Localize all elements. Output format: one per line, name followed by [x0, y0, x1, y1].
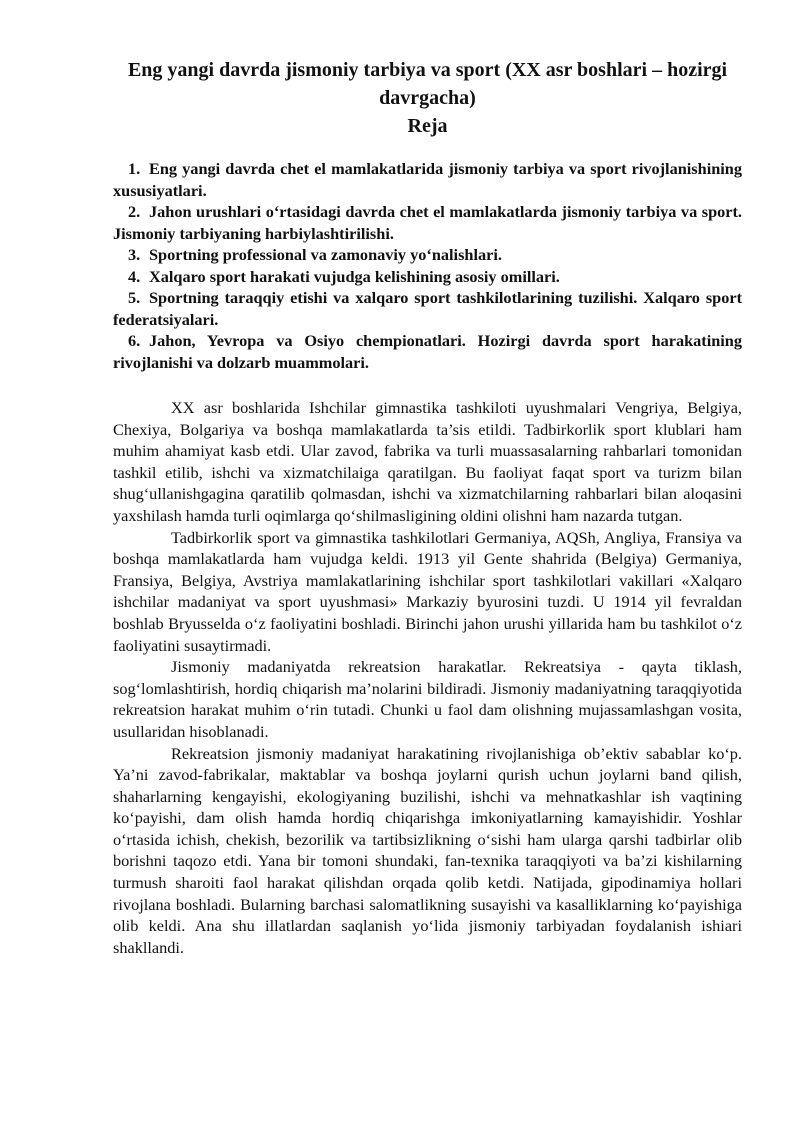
plan-item-number: 3.	[128, 244, 149, 266]
paragraph: Rekreatsion jismoniy madaniyat harakatin…	[113, 743, 742, 959]
plan-item-text: Xalqaro sport harakati vujudga kelishini…	[149, 267, 560, 286]
plan-item: 4.Xalqaro sport harakati vujudga kelishi…	[113, 266, 742, 288]
plan-item: 3.Sportning professional va zamonaviy yo…	[113, 244, 742, 266]
plan-item-number: 6.	[128, 330, 149, 352]
plan-item-text: Eng yangi davrda chet el mamlakatlarida …	[113, 159, 742, 200]
plan-item-number: 5.	[128, 287, 149, 309]
plan-item-number: 2.	[128, 201, 149, 223]
plan-item-text: Sportning taraqqiy etishi va xalqaro spo…	[113, 288, 742, 329]
paragraph: Jismoniy madaniyatda rekreatsion harakat…	[113, 656, 742, 742]
plan-item: 1.Eng yangi davrda chet el mamlakatlarid…	[113, 158, 742, 201]
plan-item-number: 4.	[128, 266, 149, 288]
body-text: XX asr boshlarida Ishchilar gimnastika t…	[113, 397, 742, 958]
plan-list: 1.Eng yangi davrda chet el mamlakatlarid…	[113, 158, 742, 373]
plan-item: 2.Jahon urushlari o‘rtasidagi davrda che…	[113, 201, 742, 244]
plan-heading: Reja	[113, 112, 742, 140]
document-title: Eng yangi davrda jismoniy tarbiya va spo…	[113, 56, 742, 112]
plan-item-text: Jahon urushlari o‘rtasidagi davrda chet …	[113, 202, 742, 243]
plan-item: 6.Jahon, Yevropa va Osiyo chempionatlari…	[113, 330, 742, 373]
paragraph: Tadbirkorlik sport va gimnastika tashkil…	[113, 527, 742, 657]
plan-item: 5.Sportning taraqqiy etishi va xalqaro s…	[113, 287, 742, 330]
plan-item-text: Sportning professional va zamonaviy yo‘n…	[149, 245, 502, 264]
paragraph: XX asr boshlarida Ishchilar gimnastika t…	[113, 397, 742, 527]
document-page: Eng yangi davrda jismoniy tarbiya va spo…	[113, 56, 742, 958]
plan-item-text: Jahon, Yevropa va Osiyo chempionatlari. …	[113, 331, 742, 372]
plan-item-number: 1.	[128, 158, 149, 180]
